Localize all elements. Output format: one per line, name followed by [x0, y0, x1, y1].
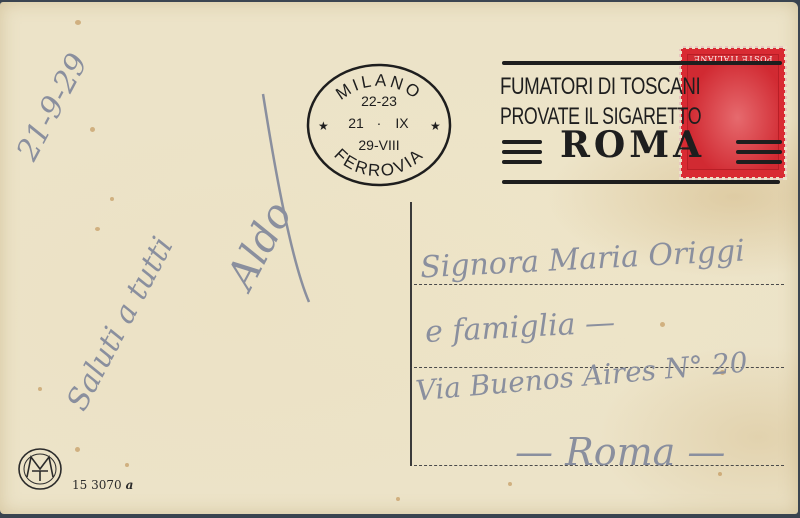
- catalog-number-value: 15 3070: [72, 478, 122, 492]
- foxing-spot: [508, 482, 512, 486]
- foxing-spot: [110, 197, 114, 201]
- postmark-year: 29-VIII: [358, 137, 399, 153]
- foxing-spot: [75, 20, 81, 25]
- foxing-spot: [75, 447, 80, 452]
- foxing-spot: [95, 227, 100, 231]
- cancel-bar: [502, 180, 780, 184]
- foxing-spot: [660, 322, 665, 327]
- round-postmark: MILANO FERROVIA ★ ★ 22-23 21 · IX 29-VII…: [304, 62, 454, 188]
- foxing-spot: [38, 387, 42, 391]
- cancel-bar: [736, 150, 782, 154]
- postmark-month: IX: [395, 115, 409, 131]
- foxing-spot: [125, 463, 129, 467]
- svg-text:·: ·: [377, 115, 382, 131]
- address-line-4: — Roma —: [515, 430, 725, 474]
- address-line-rule: [414, 284, 784, 285]
- slogan-line-1: FUMATORI DI TOSCANI: [500, 73, 700, 101]
- cancel-bar: [502, 150, 542, 154]
- catalog-number: 15 3070a: [72, 478, 133, 492]
- foxing-spot: [90, 127, 95, 132]
- cancel-bar: [502, 140, 542, 144]
- postmark-star-left: ★: [318, 119, 329, 133]
- signature-flourish: [255, 90, 315, 310]
- address-divider: [410, 202, 412, 466]
- postmark-hours: 22-23: [361, 93, 397, 109]
- slogan-line-3: ROMA: [560, 127, 705, 163]
- catalog-suffix: a: [126, 478, 134, 492]
- cancel-bar: [736, 140, 782, 144]
- cancel-bar: [502, 160, 542, 164]
- foxing-spot: [396, 497, 400, 501]
- postmark-day: 21: [348, 115, 364, 131]
- cancel-bar: [502, 61, 782, 65]
- cancel-bar: [736, 160, 782, 164]
- monogram-logo-icon: [17, 447, 63, 491]
- postmark-star-right: ★: [430, 119, 441, 133]
